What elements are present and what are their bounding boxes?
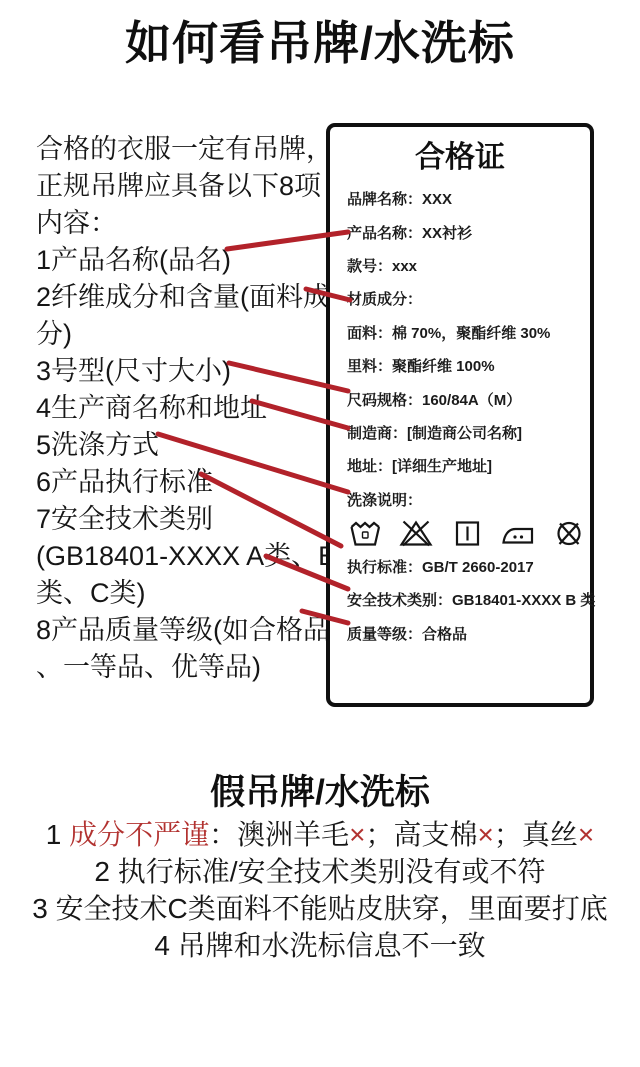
tag-row: 里料：聚酯纤维 100% bbox=[330, 349, 590, 382]
tag-row: 制造商：[制造商公司名称] bbox=[330, 416, 590, 449]
note-line: 类、C类) bbox=[36, 575, 336, 612]
fake-section: 假吊牌/水洗标 1 成分不严谨：澳洲羊毛×；高支棉×；真丝×2 执行标准/安全技… bbox=[0, 769, 640, 964]
fake-line: 3 安全技术C类面料不能贴皮肤穿，里面要打底 bbox=[0, 890, 640, 927]
tag-row: 洗涤说明： bbox=[330, 483, 590, 516]
note-line: 2纤维成分和含量(面料成 bbox=[36, 279, 336, 316]
wash-icon bbox=[347, 518, 383, 548]
fake-line: 1 成分不严谨：澳洲羊毛×；高支棉×；真丝× bbox=[0, 816, 640, 853]
tag-rows-after: 执行标准：GB/T 2660-2017安全技术类别：GB18401-XXXX B… bbox=[330, 550, 590, 650]
left-notes: 合格的衣服一定有吊牌，正规吊牌应具备以下8项内容：1产品名称(品名)2纤维成分和… bbox=[36, 131, 336, 686]
tag-row: 安全技术类别：GB18401-XXXX B 类 bbox=[330, 583, 590, 616]
note-line: 4生产商名称和地址 bbox=[36, 390, 336, 427]
note-line: 8产品质量等级(如合格品 bbox=[36, 612, 336, 649]
tag-row: 执行标准：GB/T 2660-2017 bbox=[330, 550, 590, 583]
note-line: 7安全技术类别 bbox=[36, 501, 336, 538]
note-line: 分) bbox=[36, 316, 336, 353]
fake-line: 2 执行标准/安全技术类别没有或不符 bbox=[0, 853, 640, 890]
tag-row: 产品名称：XX衬衫 bbox=[330, 215, 590, 248]
note-line: 正规吊牌应具备以下8项 bbox=[36, 168, 336, 205]
note-line: 合格的衣服一定有吊牌， bbox=[36, 131, 336, 168]
note-line: 6产品执行标准 bbox=[36, 464, 336, 501]
do-not-dryclean-icon bbox=[551, 518, 587, 548]
tag-row: 尺码规格：160/84A（M） bbox=[330, 382, 590, 415]
do-not-bleach-icon bbox=[398, 518, 434, 548]
note-line: 内容： bbox=[36, 205, 336, 242]
tag-row: 材质成分： bbox=[330, 282, 590, 315]
tag-title: 合格证 bbox=[330, 138, 590, 178]
tag-rows-before: 品牌名称：XXX产品名称：XX衬衫款号：xxx材质成分：面料：棉 70%，聚酯纤… bbox=[330, 182, 590, 516]
tag-row: 款号：xxx bbox=[330, 249, 590, 282]
fake-line: 4 吊牌和水洗标信息不一致 bbox=[0, 927, 640, 964]
tag-row: 质量等级：合格品 bbox=[330, 617, 590, 650]
care-icons-row bbox=[330, 516, 590, 550]
drip-dry-icon bbox=[449, 518, 485, 548]
tag-row: 地址：[详细生产地址] bbox=[330, 449, 590, 482]
note-line: 1产品名称(品名) bbox=[36, 242, 336, 279]
note-line: 5洗涤方式 bbox=[36, 427, 336, 464]
fake-lines: 1 成分不严谨：澳洲羊毛×；高支棉×；真丝×2 执行标准/安全技术类别没有或不符… bbox=[0, 816, 640, 964]
main-title: 如何看吊牌/水洗标 bbox=[0, 14, 640, 72]
note-line: (GB18401-XXXX A类、B bbox=[36, 538, 336, 575]
infographic-poster: 如何看吊牌/水洗标 合格的衣服一定有吊牌，正规吊牌应具备以下8项内容：1产品名称… bbox=[0, 0, 640, 1067]
tag-row: 品牌名称：XXX bbox=[330, 182, 590, 215]
note-line: 、一等品、优等品) bbox=[36, 649, 336, 686]
fake-section-title: 假吊牌/水洗标 bbox=[0, 769, 640, 816]
note-line: 3号型(尺寸大小) bbox=[36, 353, 336, 390]
tag-row: 面料：棉 70%，聚酯纤维 30% bbox=[330, 316, 590, 349]
tag-card: 合格证 品牌名称：XXX产品名称：XX衬衫款号：xxx材质成分：面料：棉 70%… bbox=[326, 123, 594, 707]
iron-icon bbox=[500, 518, 536, 548]
